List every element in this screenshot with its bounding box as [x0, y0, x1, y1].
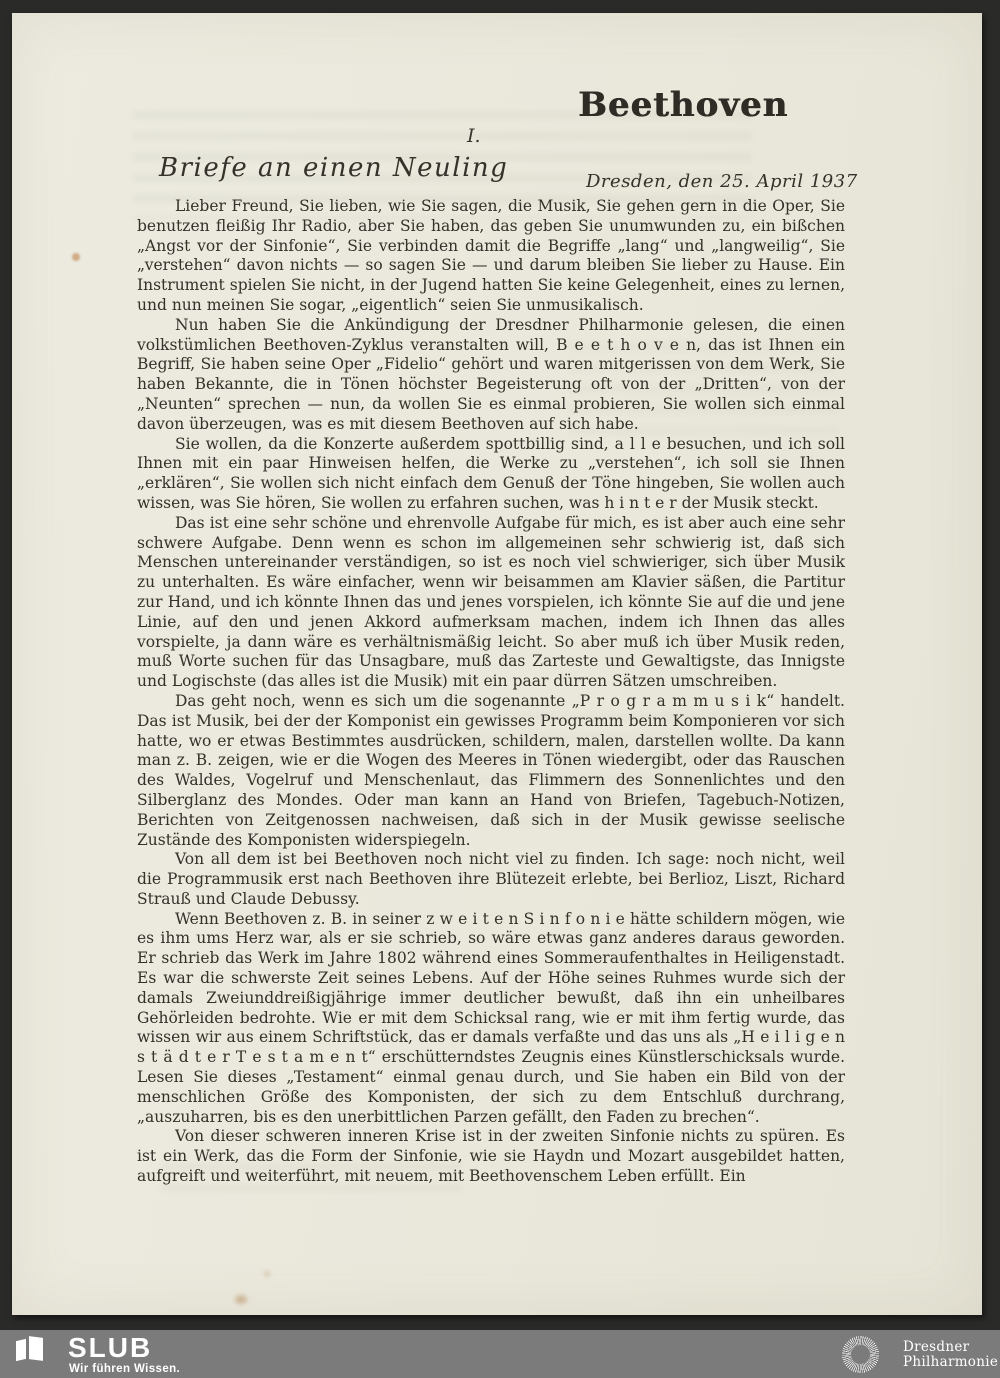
page-header: Beethoven I. Briefe an einen Neuling Dre…: [12, 13, 982, 199]
philharmonie-name-line2: Philharmonie: [903, 1355, 998, 1370]
page-title: Beethoven: [578, 85, 788, 125]
sunburst-icon: [842, 1336, 879, 1373]
slub-tagline: Wir führen Wissen.: [69, 1363, 180, 1375]
letter-body: Lieber Freund, Sie lieben, wie Sie sagen…: [137, 197, 845, 1187]
foxing-spot: [235, 1295, 247, 1304]
philharmonie-name: Dresdner Philharmonie: [903, 1340, 998, 1370]
dateline: Dresden, den 25. April 1937: [586, 171, 858, 192]
footer-bar: SLUB Wir führen Wissen. Dresdner Philhar…: [0, 1330, 1000, 1378]
paragraph: Wenn Beethoven z. B. in seiner z w e i t…: [137, 910, 845, 1128]
paragraph: Nun haben Sie die Ankündigung der Dresdn…: [137, 316, 845, 435]
paragraph: Lieber Freund, Sie lieben, wie Sie sagen…: [137, 197, 845, 316]
foxing-spot: [264, 1271, 270, 1277]
paper-surface: Beethoven I. Briefe an einen Neuling Dre…: [12, 13, 982, 1315]
paragraph: Das ist eine sehr schöne und ehrenvolle …: [137, 514, 845, 692]
subtitle: Briefe an einen Neuling: [159, 153, 508, 183]
scanned-page: Beethoven I. Briefe an einen Neuling Dre…: [12, 13, 982, 1315]
philharmonie-name-line1: Dresdner: [903, 1340, 998, 1355]
foxing-spot: [72, 253, 80, 261]
paragraph: Sie wollen, da die Konzerte außerdem spo…: [137, 435, 845, 514]
open-book-icon: [16, 1337, 44, 1363]
slub-wordmark: SLUB: [68, 1332, 152, 1364]
paragraph: Von dieser schweren inneren Krise ist in…: [137, 1127, 845, 1186]
paragraph: Das geht noch, wenn es sich um die sogen…: [137, 692, 845, 850]
section-numeral: I.: [467, 125, 481, 147]
paragraph: Von all dem ist bei Beethoven noch nicht…: [137, 850, 845, 909]
